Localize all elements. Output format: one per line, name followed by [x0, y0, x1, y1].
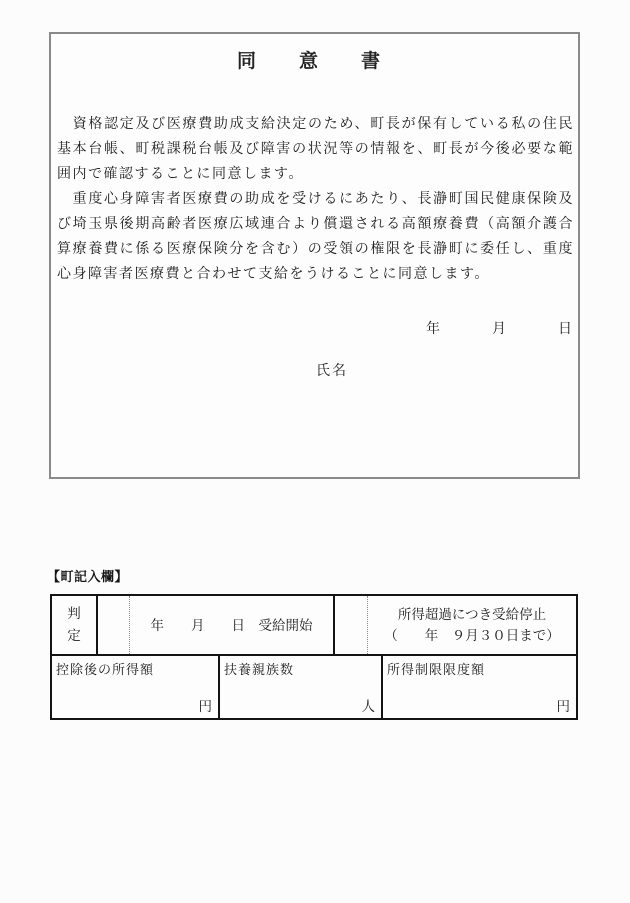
dependents-unit-person: 人: [362, 695, 376, 715]
consent-body-text: 資格認定及び医療費助成支給決定のため、町長が保有している私の住民基本台帳、町税課…: [57, 112, 574, 287]
judgement-cell: 判 定: [52, 596, 98, 654]
judgement-label-bottom: 定: [67, 625, 81, 647]
income-unit-yen: 円: [199, 695, 213, 715]
document-title: 同 意 書: [49, 46, 580, 73]
income-limit-cell: 所得制限限度額 円: [383, 656, 576, 718]
benefit-start-entry-area: [98, 596, 130, 654]
benefit-stop-line1: 所得超過につき受給停止: [398, 604, 546, 625]
income-after-deduction-label: 控除後の所得額: [56, 659, 154, 678]
benefit-stop-entry-area: [335, 596, 368, 654]
benefit-start-cell: 年 月 日 受給開始: [98, 596, 335, 654]
consent-paragraph-1: 資格認定及び医療費助成支給決定のため、町長が保有している私の住民基本台帳、町税課…: [57, 112, 574, 187]
income-limit-label: 所得制限限度額: [387, 659, 485, 678]
judgement-label-top: 判: [67, 603, 81, 625]
income-after-deduction-cell: 控除後の所得額 円: [52, 656, 220, 718]
table-row-amounts: 控除後の所得額 円 扶養親族数 人 所得制限限度額 円: [52, 656, 576, 718]
limit-unit-yen: 円: [557, 695, 571, 715]
table-row-judgement: 判 定 年 月 日 受給開始 所得超過につき受給停止 （ 年 ９月３０日まで）: [52, 596, 576, 656]
consent-paragraph-2: 重度心身障害者医療費の助成を受けるにあたり、長瀞町国民健康保険及び埼玉県後期高齢…: [57, 187, 574, 287]
name-label: 氏名: [316, 360, 348, 380]
date-month-label: 月: [492, 322, 506, 337]
dependents-count-label: 扶養親族数: [224, 659, 294, 678]
benefit-stop-line2: （ 年 ９月３０日まで）: [384, 625, 560, 646]
dependents-count-cell: 扶養親族数 人: [220, 656, 383, 718]
benefit-stop-cell: 所得超過につき受給停止 （ 年 ９月３０日まで）: [335, 596, 576, 654]
benefit-stop-text: 所得超過につき受給停止 （ 年 ９月３０日まで）: [368, 596, 576, 654]
town-entry-section-heading: 【町記入欄】: [47, 566, 128, 585]
date-line: 年月日: [49, 318, 572, 338]
date-day-label: 日: [558, 322, 572, 337]
date-year-label: 年: [426, 322, 440, 337]
town-entry-table: 判 定 年 月 日 受給開始 所得超過につき受給停止 （ 年 ９月３０日まで） …: [50, 594, 578, 720]
benefit-start-text: 年 月 日 受給開始: [130, 596, 333, 654]
